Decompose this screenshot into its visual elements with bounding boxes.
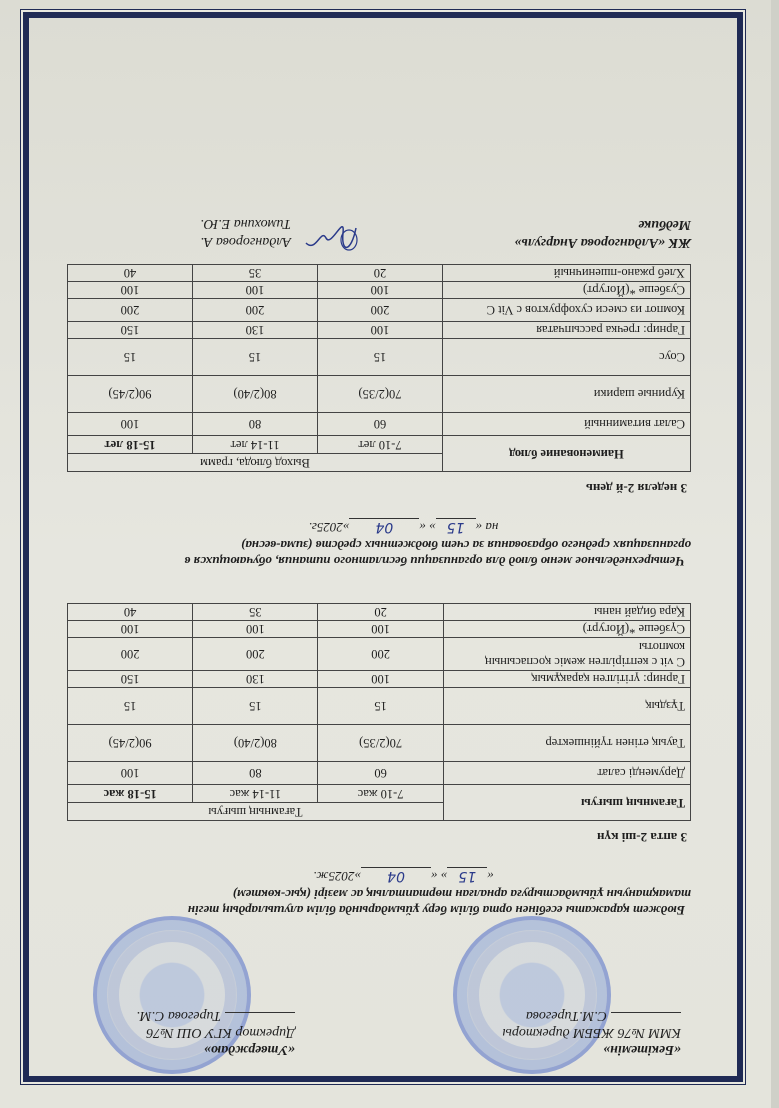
portion-value: 200 (193, 299, 318, 322)
table-row: Гарнир: гречка рассыпчатая100130150 (68, 322, 691, 339)
date-month: 04 (349, 518, 419, 535)
portion-value: 80(2/40) (193, 376, 318, 413)
portion-value: 15 (318, 339, 443, 376)
signature-line (611, 1012, 681, 1013)
table-row: С vit с кептірілген жеміс қоспасының ком… (68, 638, 691, 671)
table-row: Хлеб ржано-пшеничный203540 (68, 265, 691, 282)
header-dish-name: Тағамның шығуы (443, 785, 690, 821)
portion-value: 20 (318, 604, 443, 621)
portion-value: 80(2/40) (193, 725, 318, 762)
date-mid: » « (431, 869, 447, 884)
header-dish-name: Наименование блюд (443, 436, 691, 472)
ru-title-line2: организациях среднего образования за сче… (76, 537, 691, 553)
portion-value: 100 (318, 282, 443, 299)
kz-title-line2: тамақтануын ұйымдастыруға арналған төрта… (76, 886, 691, 902)
portion-value: 80 (193, 413, 318, 436)
date-month: 04 (361, 867, 431, 884)
table-row: Тауық етінен түйіншектер70(2/35)80(2/40)… (68, 725, 691, 762)
ru-title-line1: Четырехнедельное меню блюд для организац… (76, 553, 691, 569)
portion-value: 100 (318, 322, 443, 339)
age-column: 7-10 жас (318, 785, 443, 803)
approval-left-name: С.М.Тирегова (526, 1008, 607, 1023)
date-suffix: »2025ж. (313, 869, 361, 884)
portion-value: 20 (318, 265, 443, 282)
date-prefix: на « (476, 520, 499, 535)
table-row: Қара бидай наны203540 (68, 604, 691, 621)
approval-right-name: Тирегова С.М. (136, 1008, 221, 1023)
portion-value: 100 (193, 621, 318, 638)
portion-value: 200 (318, 299, 443, 322)
table-row: Сузбеше *(Йогурт)100100100 (68, 282, 691, 299)
kz-week-label: 3 апта 2-ші күн (76, 829, 687, 845)
dish-name: Куриные шарики (443, 376, 691, 413)
dish-name: Соус (443, 339, 691, 376)
portion-value: 100 (318, 621, 443, 638)
signature-block: ЖК «Алдангорова Анаргуль» Медбике Алданг… (76, 190, 691, 250)
approval-left: «Бекітемін» КММ №76 ЖББМ директоры С.М.Т… (502, 1007, 681, 1058)
ru-date: на «15» «04»2025г. (76, 518, 731, 535)
portion-value: 90(2/45) (68, 376, 193, 413)
portion-value: 15 (193, 339, 318, 376)
dish-name: С vit с кептірілген жеміс қоспасының ком… (443, 638, 690, 671)
dish-name: Сүзбеше *(Йогурт) (443, 621, 690, 638)
portion-value: 70(2/35) (318, 725, 443, 762)
portion-value: 35 (193, 604, 318, 621)
signatory-name-2: Тимохина Е.Ю. (200, 214, 291, 232)
dish-name: Гарнир: гречка рассыпчатая (443, 322, 691, 339)
portion-value: 100 (68, 413, 193, 436)
dish-name: Компот из смеси сухофруктов с Vit C (443, 299, 691, 322)
approval-left-label: «Бекітемін» (603, 1042, 681, 1057)
table-row: Сүзбеше *(Йогурт)100100100 (68, 621, 691, 638)
rotated-document: «Бекітемін» КММ №76 ЖББМ директоры С.М.Т… (0, 0, 779, 1108)
age-column: 15-18 жас (68, 785, 193, 803)
date-suffix: »2025г. (309, 520, 350, 535)
ru-menu-table: Наименование блюд Выход блюда, грамм 7-1… (67, 264, 691, 472)
portion-value: 60 (318, 413, 443, 436)
age-column: 7-10 лет (318, 436, 443, 454)
dish-name: Қара бидай наны (443, 604, 690, 621)
kz-menu-title: Бюджет қаражаты есебінен орта білім беру… (76, 886, 691, 918)
date-day: 15 (447, 867, 487, 884)
table-row: Соус151515 (68, 339, 691, 376)
table-row: Компот из смеси сухофруктов с Vit C20020… (68, 299, 691, 322)
portion-value: 90(2/45) (68, 725, 193, 762)
age-column: 11-14 жас (193, 785, 318, 803)
dish-name: Дәрумендi салат (443, 762, 690, 785)
portion-value: 40 (68, 604, 193, 621)
approval-right-position: Директор КГУ ОШ №76 (136, 1024, 295, 1041)
approval-header: «Бекітемін» КММ №76 ЖББМ директоры С.М.Т… (76, 922, 691, 1072)
date-day: 15 (436, 518, 476, 535)
nurse-title: Медбике (638, 216, 691, 232)
document-content: «Бекітемін» КММ №76 ЖББМ директоры С.М.Т… (76, 190, 691, 1072)
header-group: Выход блюда, грамм (68, 454, 443, 472)
header-group: Тағамның шығуы (68, 803, 444, 821)
portion-value: 150 (68, 671, 193, 688)
portion-value: 200 (318, 638, 443, 671)
table-header-row: Тағамның шығуы Тағамның шығуы (68, 803, 691, 821)
signatory-names: Алдангорова А. Тимохина Е.Ю. (200, 214, 291, 250)
portion-value: 70(2/35) (318, 376, 443, 413)
portion-value: 80 (193, 762, 318, 785)
portion-value: 100 (318, 671, 443, 688)
table-row: Тұздық151515 (68, 688, 691, 725)
portion-value: 200 (68, 638, 193, 671)
paper-sheet: «Бекітемін» КММ №76 ЖББМ директоры С.М.Т… (0, 0, 771, 1108)
portion-value: 130 (193, 671, 318, 688)
dish-name: Салат витаминный (443, 413, 691, 436)
portion-value: 100 (68, 621, 193, 638)
table-row: Салат витаминный6080100 (68, 413, 691, 436)
portion-value: 100 (68, 762, 193, 785)
portion-value: 15 (68, 339, 193, 376)
portion-value: 100 (193, 282, 318, 299)
portion-value: 15 (318, 688, 443, 725)
dish-name: Тауық етінен түйіншектер (443, 725, 690, 762)
dish-name: Гарнир: үгітілген қарақұмық (443, 671, 690, 688)
dish-name: Хлеб ржано-пшеничный (443, 265, 691, 282)
date-mid: » « (419, 520, 435, 535)
ru-menu-title: Четырехнедельное меню блюд для организац… (76, 537, 691, 569)
age-column: 11-14 лет (193, 436, 318, 454)
approval-left-position: КММ №76 ЖББМ директоры (502, 1024, 681, 1041)
organization-name: ЖК «Алдангорова Анаргуль» (514, 234, 691, 250)
approval-right: «Утверждаю» Директор КГУ ОШ №76 Тирегова… (136, 1007, 295, 1058)
table-row: Куриные шарики70(2/35)80(2/40)90(2/45) (68, 376, 691, 413)
table-row: Гарнир: үгітілген қарақұмық100130150 (68, 671, 691, 688)
table-row: Дәрумендi салат6080100 (68, 762, 691, 785)
portion-value: 200 (68, 299, 193, 322)
kz-menu-table: Тағамның шығуы Тағамның шығуы 7-10 жас 1… (67, 603, 691, 821)
approval-right-label: «Утверждаю» (204, 1042, 295, 1057)
portion-value: 40 (68, 265, 193, 282)
portion-value: 15 (68, 688, 193, 725)
signatory-name-1: Алдангорова А. (200, 232, 291, 250)
ru-week-label: 3 неделя 2-й день (76, 480, 687, 496)
handwritten-signature-icon (301, 218, 361, 258)
portion-value: 150 (68, 322, 193, 339)
kz-date: «15» «04»2025ж. (76, 867, 731, 884)
age-column: 15-18 лет (68, 436, 193, 454)
date-prefix: « (487, 869, 494, 884)
dish-name: Тұздық (443, 688, 690, 725)
signature-line (225, 1012, 295, 1013)
portion-value: 100 (68, 282, 193, 299)
portion-value: 200 (193, 638, 318, 671)
portion-value: 35 (193, 265, 318, 282)
portion-value: 15 (193, 688, 318, 725)
portion-value: 130 (193, 322, 318, 339)
dish-name: Сузбеше *(Йогурт) (443, 282, 691, 299)
table-header-row: Наименование блюд Выход блюда, грамм (68, 454, 691, 472)
portion-value: 60 (318, 762, 443, 785)
